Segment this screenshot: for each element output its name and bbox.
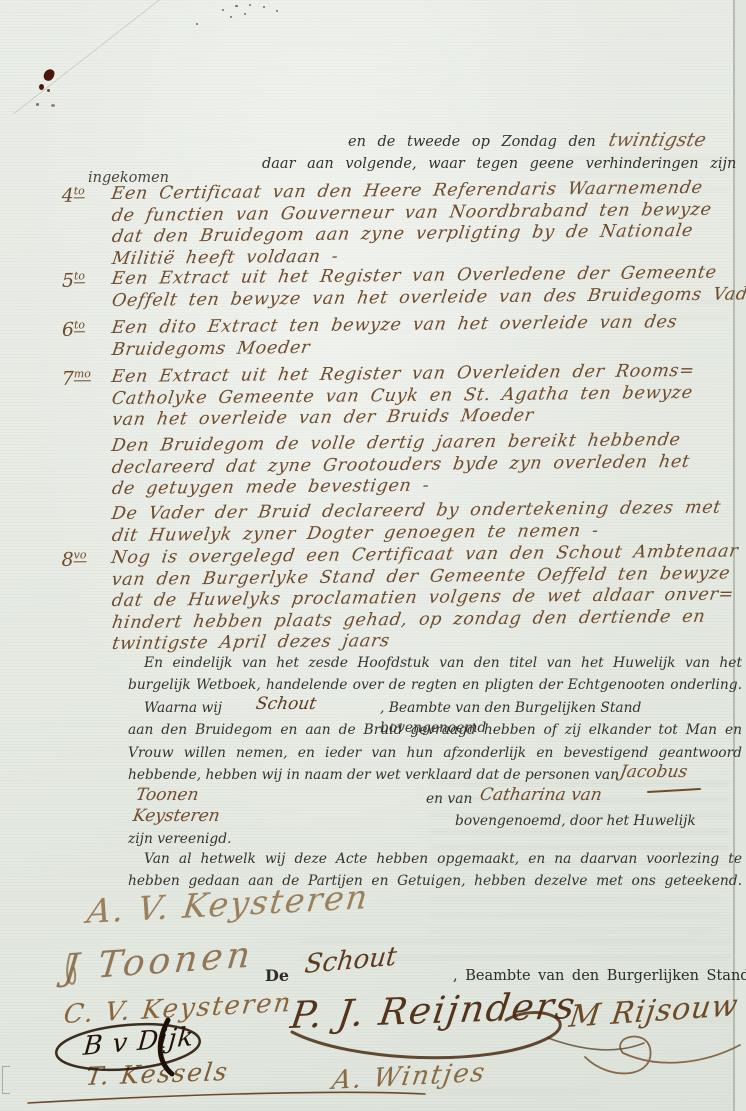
printed-fragment: bovengenoemd, door het Huwelijk bbox=[455, 811, 696, 831]
handwritten-catharina-van: Catharina van bbox=[478, 785, 603, 805]
printed-fragment: Waarna wij bbox=[144, 698, 222, 718]
item-4: 4to Een Certificaat van den Heere Refere… bbox=[60, 177, 741, 270]
ink-speck bbox=[51, 104, 55, 107]
handwritten-keysteren: Keysteren bbox=[131, 806, 221, 826]
item-7: 7mo Een Extract uit het Register van Ove… bbox=[60, 360, 741, 432]
item-5: 5to Een Extract uit het Register van Ove… bbox=[60, 262, 740, 312]
handwritten-jacobus: Jacobus bbox=[618, 762, 688, 782]
printed-fragment: en van bbox=[426, 789, 472, 809]
item-6-number: 6to bbox=[62, 318, 85, 341]
paper-speck bbox=[263, 6, 265, 8]
printed-line: aan den Bruidegom en aan de Bruid gevraa… bbox=[128, 720, 742, 740]
printed-fragment: zijn vereenigd. bbox=[128, 831, 231, 847]
signature-t-kessels: T. Kessels bbox=[84, 1057, 231, 1091]
paragraph-vader-bruid: De Vader der Bruid declareerd by onderte… bbox=[60, 497, 740, 547]
paper-speck bbox=[196, 23, 198, 25]
ink-speck bbox=[47, 89, 50, 92]
signature-pj-reijnders: P. J. Reijnders bbox=[288, 984, 579, 1037]
paper-speck bbox=[244, 13, 246, 15]
printed-line: zijn vereenigd. bbox=[128, 829, 742, 849]
printed-beambte: , Beambte van den Burgerlijken Stand. bbox=[453, 968, 746, 984]
paper-speck bbox=[235, 5, 238, 7]
printed-line: burgelijk Wetboek, handelende over de re… bbox=[128, 675, 742, 695]
paper-speck bbox=[276, 10, 278, 12]
printed-line: Van al hetwelk wij deze Acte hebben opge… bbox=[128, 849, 742, 869]
ink-speck bbox=[36, 103, 39, 106]
handwritten-schout: Schout bbox=[254, 694, 317, 714]
item-4-number: 4to bbox=[62, 184, 85, 207]
printed-fragment: hebbende, hebben wij in naam der wet ver… bbox=[128, 765, 619, 785]
paragraph-bruidegom: Den Bruidegom de volle dertig jaaren ber… bbox=[60, 429, 741, 501]
printed-line: Vrouw willen nemen, en ieder van hun afz… bbox=[128, 743, 742, 763]
fold-crease bbox=[13, 0, 160, 115]
printed-line: En eindelijk van het zesde Hoofdstuk van… bbox=[128, 653, 742, 673]
printed-de: De bbox=[265, 966, 289, 985]
item-7-number: 7mo bbox=[62, 367, 91, 390]
handwritten-toonen: Toonen bbox=[134, 785, 200, 805]
item-5-number: 5to bbox=[62, 269, 85, 292]
intro-line-1-handwritten: twintigste bbox=[606, 129, 707, 151]
intro-line-1-printed: en de tweede op Zondag den bbox=[348, 134, 596, 150]
item-6: 6to Een dito Extract ten bewyze van het … bbox=[60, 311, 740, 361]
paper-speck bbox=[222, 9, 224, 11]
intro-line-2: daar aan volgende, waar tegen geene verh… bbox=[262, 156, 736, 172]
signature-m-rijsouw: M Rijsouw bbox=[567, 988, 741, 1035]
paper-speck bbox=[230, 16, 232, 18]
item-8-number: 8vo bbox=[61, 548, 86, 571]
intro-line-1: en de tweede op Zondag den twintigste bbox=[348, 129, 705, 151]
paper-speck bbox=[249, 4, 251, 6]
edge-mark bbox=[2, 1066, 10, 1094]
document-page: en de tweede op Zondag den twintigste da… bbox=[0, 0, 746, 1111]
signature-j-toonen: J Toonen bbox=[62, 934, 256, 989]
item-8: 8vo Nog is overgelegd een Certificaat va… bbox=[59, 541, 740, 656]
ink-blot-small bbox=[39, 84, 44, 90]
